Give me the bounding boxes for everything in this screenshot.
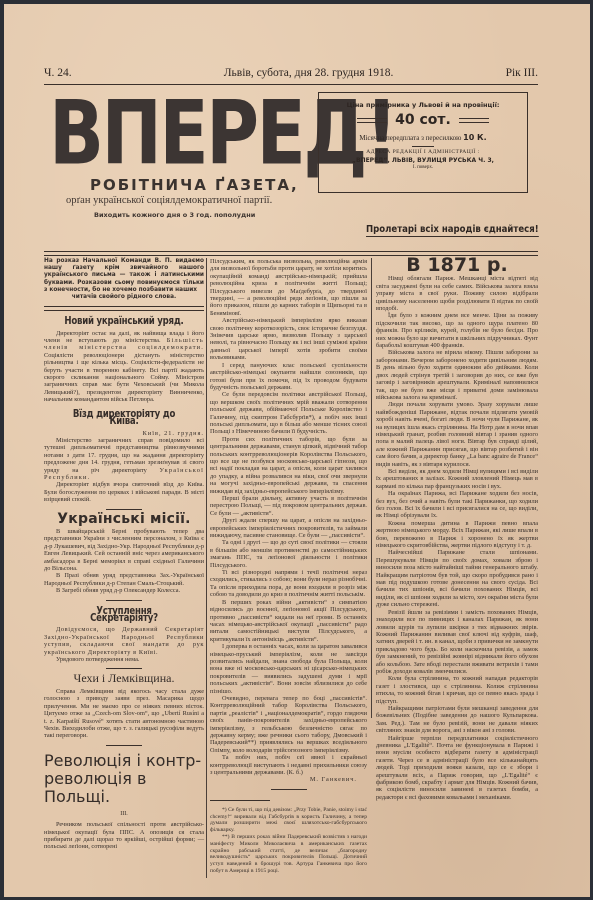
- masthead-title: ВПЕРЕД!: [49, 86, 281, 181]
- article-paragraph: Та побіч них, побіч сеї явної і скрайньо…: [210, 754, 367, 776]
- newspaper-page: Ч. 24. Львів, субота, дня 28. грудня 191…: [4, 4, 590, 897]
- address: „ВПЕРЕД“, ЛЬВІВ, ВУЛИЦЯ РУСЬКА Ч. 3,: [319, 157, 527, 164]
- column-2: Пілсудським, як польська визвольна, рево…: [210, 258, 367, 875]
- slogan: Пролетарі всіх народів єднайтеся!: [366, 224, 539, 237]
- short-rule: [106, 668, 142, 669]
- article-paragraph: Кожна померша дитина в Парижи певно впал…: [376, 520, 538, 550]
- publication-schedule: Виходить кожного дня о 3 год. пополудни: [94, 211, 255, 219]
- column-divider-1: [206, 258, 207, 878]
- article-signature: М. Ганкевич.: [210, 776, 357, 783]
- article-paragraph: Коли була стрілянина, то кожний нападав …: [376, 675, 538, 705]
- article-paragraph: Найгірше терпіли передплатники соціяліст…: [376, 735, 538, 802]
- issue-line: Ч. 24. Львів, субота, дня 28. грудня 191…: [44, 67, 538, 79]
- article-paragraph: Люди почали хорувати умово. Зразу хорува…: [376, 401, 538, 468]
- price-row: 40 сот.: [319, 112, 527, 128]
- article-paragraph: Проти сих політичних таборів, що були за…: [210, 436, 367, 495]
- article-paragraph: Найкращими патріотами були мешканці заве…: [376, 705, 538, 735]
- subscription-price: 10 К.: [463, 133, 487, 142]
- article-paragraph: Міністерство заграничних справ повідомил…: [44, 437, 204, 481]
- footnote-2: **) В перших роках війни Падеревський во…: [210, 834, 367, 875]
- article-title-czechs-lemko: Чехи і Лемківщина.: [44, 675, 204, 682]
- price-box: Ціна примірника у Львові й на провінції:…: [318, 92, 528, 193]
- column-3: В 1871 р. Німці облягали Париж. Мешканці…: [376, 258, 538, 801]
- text: Соціялісти революціонери дістануть мініс…: [44, 352, 204, 403]
- article-paragraph: І серед пануючих клас польської суспільн…: [210, 362, 367, 392]
- article-paragraph: Всі виділи, як днем ходили Німці вулицям…: [376, 468, 538, 490]
- article-paragraph: Директоріят відбув вчора святочний вїзд …: [44, 481, 204, 503]
- article-paragraph: В швайцарській Берні пробувають тепер дв…: [44, 528, 204, 572]
- article-paragraph: Військова залога не вірила нікому. Пішли…: [376, 349, 538, 401]
- article-paragraph: Перші брали діяльну, активну участь в по…: [210, 495, 367, 517]
- article-paragraph: Їди було з кожним днем все менче. Ціни з…: [376, 312, 538, 349]
- masthead-organ: орґан української соціялдемократичної па…: [66, 195, 272, 206]
- double-rule-left: [357, 118, 387, 123]
- article-paragraph: Найчеснійші Парижане стали шпіонами. Пер…: [376, 549, 538, 608]
- double-rule-right: [459, 118, 489, 123]
- article-paragraph: Німці облягали Париж. Мешканці міста від…: [376, 275, 538, 312]
- article-title-revolution-poland: Революція і контр-революція в Польщі.: [44, 752, 204, 806]
- article-paragraph: На окраїнах Парижа, всі Парижане ходили …: [376, 490, 538, 520]
- article-dateline: Київ, 21. грудня.: [44, 430, 204, 437]
- editorial-notice: На розказ Начальної Команди В. П. видаєм…: [44, 258, 204, 301]
- article-paragraph: Справа Лемківщини від якогось часу стала…: [44, 688, 204, 740]
- address-floor: I. поверх.: [319, 165, 527, 170]
- article-paragraph: Австрійсько-німецький імперіялізм ярко в…: [210, 317, 367, 361]
- volume-year: Рік III.: [506, 67, 538, 79]
- notice-last-line: читачів свойого рідного слова.: [44, 294, 204, 301]
- column-divider-2: [371, 258, 372, 718]
- price-label: Ціна примірника у Львові й на провінції:: [319, 101, 527, 109]
- article-paragraph: Очевидно, перевага тепер по боці „пассив…: [210, 695, 367, 754]
- masthead-subtitle: РОБІТНИЧА ҐАЗЕТА,: [90, 176, 299, 194]
- article-paragraph: Пілсудським, як польська визвольна, рево…: [210, 258, 367, 317]
- article-paragraph: Ревізії йшли за ревізіями і замість похо…: [376, 609, 538, 676]
- article-paragraph: В Загребі обняв уряд д-р Олександер Коле…: [44, 587, 204, 594]
- subscription-label: Місячна передплата з пересилкою: [359, 134, 461, 142]
- price-divider: [412, 146, 434, 147]
- short-rule: [106, 509, 142, 510]
- article-paragraph: Урядового потвердження нема.: [44, 656, 204, 663]
- article-paragraph: І доперва в останніх часах, коли за цара…: [210, 643, 367, 695]
- footnote-1: *) Се були ті, що під девізом: „Przy Tob…: [210, 807, 367, 834]
- notice-text: На розказ Начальної Команди В. П. видаєм…: [44, 258, 204, 293]
- subscription-line: Місячна передплата з пересилкою 10 К.: [319, 133, 527, 142]
- address-label: АДРЕСА РЕДАКЦІЇ І АДМІНІСТРАЦІЇ :: [319, 149, 527, 155]
- article-paragraph: Ті всі різнородні напрями і течії політи…: [210, 569, 367, 599]
- article-paragraph: Речником польської спільності проти авст…: [44, 821, 204, 851]
- short-rule: [106, 600, 142, 601]
- article-part-number: III.: [44, 811, 204, 818]
- dateline: Львів, субота, дня 28. грудня 1918.: [224, 67, 394, 79]
- footnote-rule: [210, 800, 270, 801]
- article-paragraph: Другі ждали спершу на царат, а опісля на…: [210, 517, 367, 539]
- article-paragraph: В Празі обняв уряд представника Зах.-Укр…: [44, 572, 204, 587]
- article-paragraph: Довідуємося, що Державний Секретаріят За…: [44, 626, 204, 656]
- article-title-secretariat-resignation: Уступлення Секретаріяту?: [62, 607, 187, 622]
- article-paragraph: В перших роках війни „активісти“ з симпа…: [210, 599, 367, 643]
- article-paragraph: Директоріят остає на далі, як найвища вл…: [44, 330, 204, 404]
- price-value: 40 сот.: [395, 112, 451, 128]
- section-double-rule: [44, 306, 204, 311]
- article-title-ukrainian-missions: Українські місії.: [44, 516, 204, 523]
- issue-number: Ч. 24.: [44, 67, 72, 79]
- article-title-1871: В 1871 р.: [376, 262, 538, 269]
- short-rule: [271, 789, 307, 790]
- short-rule: [106, 745, 142, 746]
- article-paragraph: Се були передовсім політики австрійської…: [210, 391, 367, 435]
- article-paragraph: Та одні і другі — що до суті своєї політ…: [210, 539, 367, 569]
- column-1: На розказ Начальної Команди В. П. видаєм…: [44, 258, 204, 851]
- article-title-new-government: Новий український уряд.: [62, 317, 187, 324]
- article-title-directorate-kyiv: Вїзд директоріяту до Київа.: [62, 410, 187, 425]
